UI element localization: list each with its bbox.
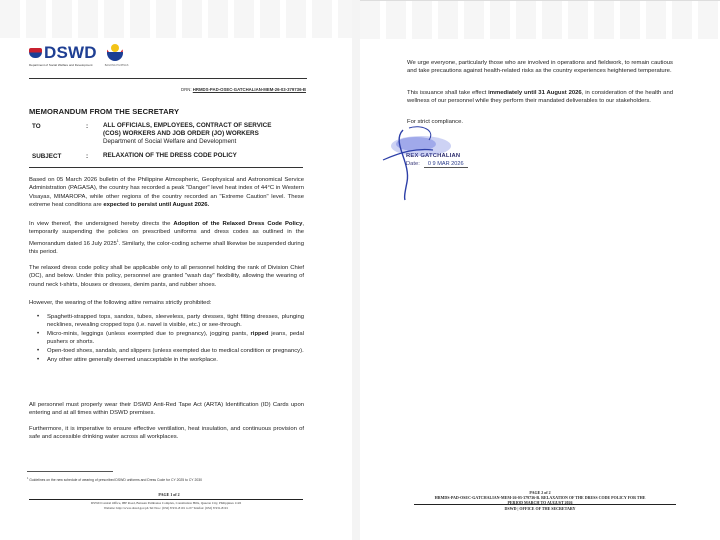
memo-title: MEMORANDUM FROM THE SECRETARY bbox=[29, 107, 179, 116]
memo-page-2: We urge everyone, particularly those who… bbox=[360, 0, 720, 540]
subject-colon: : bbox=[86, 153, 88, 160]
footer-office: DSWD | OFFICE OF THE SECRETARY bbox=[360, 506, 720, 511]
signature-date: Date:0 9 MAR 2026 bbox=[406, 161, 468, 168]
org-name: DSWD bbox=[44, 44, 97, 61]
prohibited-item: Open-toed shoes, sandals, and slippers (… bbox=[47, 347, 304, 355]
letterhead-divider bbox=[29, 78, 307, 79]
dswd-logo: DSWD Department of Social Welfare and De… bbox=[29, 44, 97, 61]
show-through-bleed bbox=[0, 0, 352, 38]
to-label: TO bbox=[32, 123, 41, 130]
page-number: PAGE 1 of 2 bbox=[0, 492, 352, 497]
dswd-shield-icon bbox=[29, 48, 42, 58]
prohibited-item: Any other attire generally deemed unacce… bbox=[47, 356, 304, 364]
footer-contact: Website: http://www.dswd.gov.ph Tel Nos.… bbox=[29, 506, 303, 510]
paragraph-pagasa: Based on 05 March 2026 bulletin of the P… bbox=[29, 176, 304, 209]
footer-address: DSWD Central Office, IBP Road, Batasan P… bbox=[29, 501, 303, 505]
subject-value: RELAXATION OF THE DRESS CODE POLICY bbox=[103, 152, 303, 160]
paragraph-arta-id: All personnel must properly wear their D… bbox=[29, 401, 304, 418]
to-colon: : bbox=[86, 123, 88, 130]
footer-divider bbox=[414, 504, 676, 505]
paragraph-caution: We urge everyone, particularly those who… bbox=[407, 59, 673, 76]
paragraph-ventilation: Furthermore, it is imperative to ensure … bbox=[29, 425, 304, 442]
subject-label: SUBJECT bbox=[32, 153, 61, 160]
memo-page-1: DSWD Department of Social Welfare and De… bbox=[0, 0, 352, 540]
letterhead-logos: DSWD Department of Social Welfare and De… bbox=[29, 44, 125, 62]
footnote: 1 Guidelines on the new schedule of wear… bbox=[27, 477, 202, 482]
header-divider bbox=[29, 167, 303, 168]
closing-line: For strict compliance. bbox=[407, 118, 673, 126]
prohibited-item: Micro-minis, leggings (unless exempted d… bbox=[47, 330, 304, 347]
prohibited-item: Spaghetti-strapped tops, sandos, tubes, … bbox=[47, 313, 304, 330]
to-recipients: ALL OFFICIALS, EMPLOYEES, CONTRACT OF SE… bbox=[103, 122, 303, 147]
paragraph-prohibited-intro: However, the wearing of the following at… bbox=[29, 299, 304, 307]
show-through-bleed bbox=[360, 1, 720, 39]
signatory-name: REX GATCHALIAN bbox=[406, 153, 460, 159]
footer-divider bbox=[29, 499, 303, 500]
date-stamp: 0 9 MAR 2026 bbox=[424, 161, 468, 168]
footnote-divider bbox=[27, 471, 113, 472]
paragraph-effectivity: This issuance shall take effect immediat… bbox=[407, 89, 673, 106]
paragraph-applicability: The relaxed dress code policy shall be a… bbox=[29, 264, 304, 289]
org-subtitle: Department of Social Welfare and Develop… bbox=[29, 63, 92, 67]
document-reference-number: DRN: HRMDS-PAD-OSEC-GATCHALIAN-MEM-26-03… bbox=[181, 87, 306, 92]
prohibited-attire-list: Spaghetti-strapped tops, sandos, tubes, … bbox=[47, 313, 304, 365]
bagong-pilipinas-logo-icon: BAGONG PILIPINAS bbox=[105, 44, 125, 62]
paragraph-directive: In view thereof, the undersigned hereby … bbox=[29, 220, 304, 256]
